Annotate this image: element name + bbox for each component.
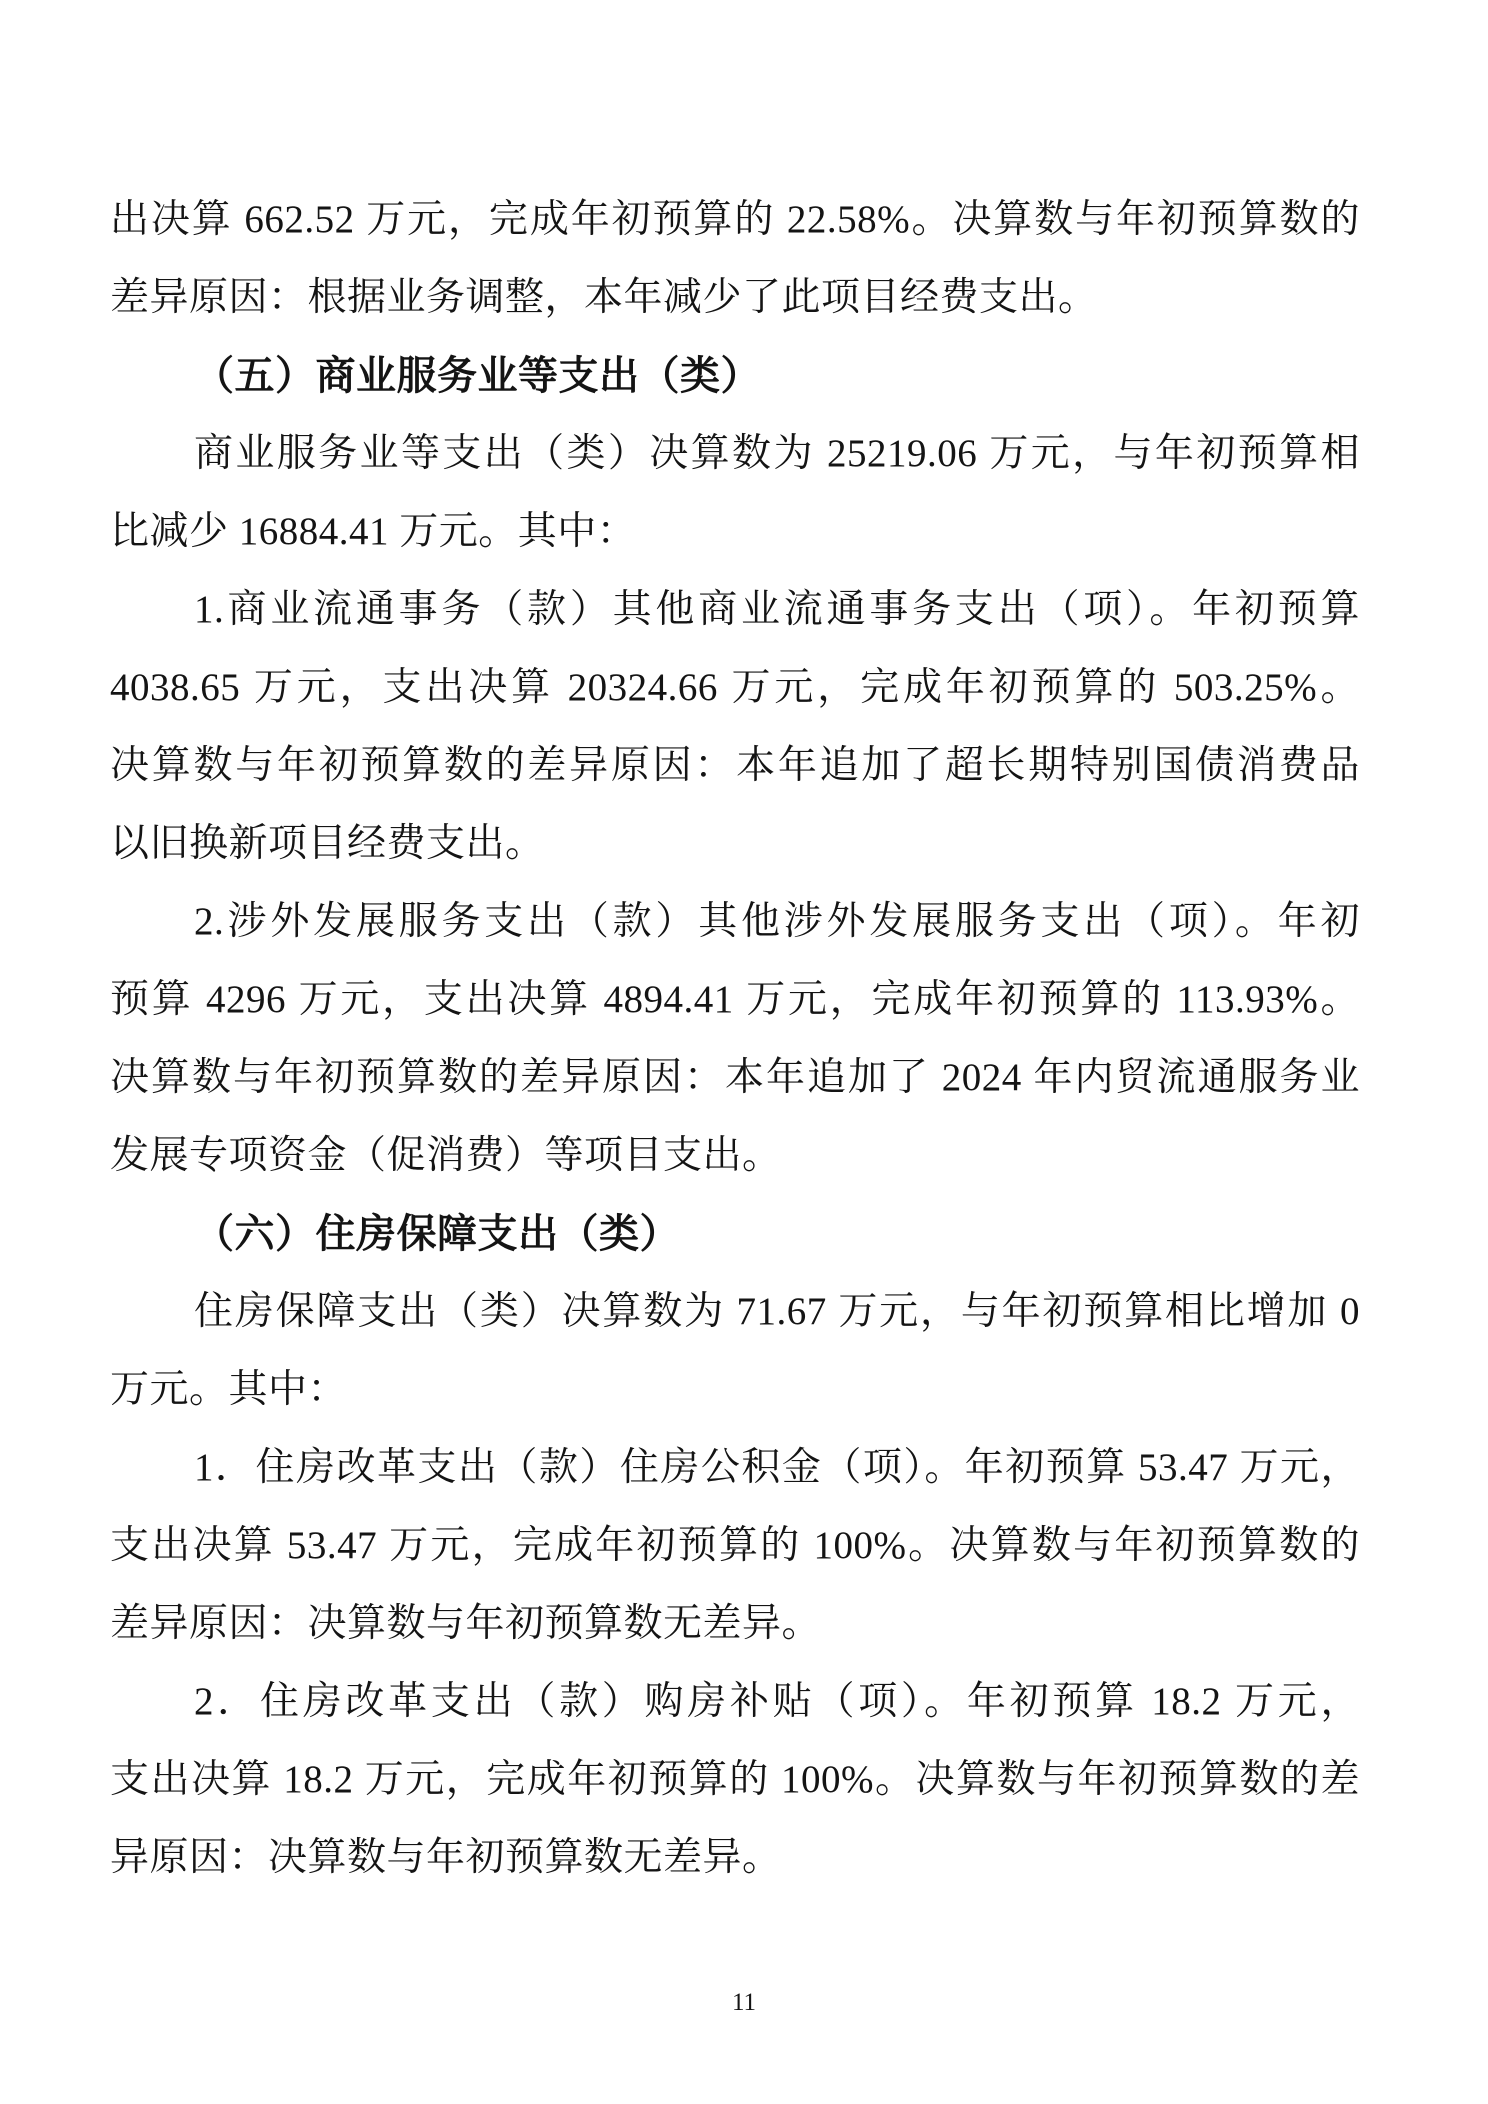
doc-line: 商业服务业等支出（类）决算数为 25219.06 万元，与年初预算相 <box>110 415 1360 493</box>
doc-line: 异原因：决算数与年初预算数无差异。 <box>110 1819 1360 1897</box>
doc-line: 住房保障支出（类）决算数为 71.67 万元，与年初预算相比增加 0 <box>110 1273 1360 1351</box>
doc-line: 决算数与年初预算数的差异原因：本年追加了超长期特别国债消费品 <box>110 727 1360 805</box>
doc-line: 以旧换新项目经费支出。 <box>110 805 1360 883</box>
doc-line: 2.涉外发展服务支出（款）其他涉外发展服务支出（项）。年初 <box>110 883 1360 961</box>
doc-line: 2．住房改革支出（款）购房补贴（项）。年初预算 18.2 万元， <box>110 1663 1360 1741</box>
doc-line: 发展专项资金（促消费）等项目支出。 <box>110 1117 1360 1195</box>
document-page: 出决算 662.52 万元，完成年初预算的 22.58%。决算数与年初预算数的 … <box>0 0 1488 2104</box>
section-heading: （六）住房保障支出（类） <box>110 1195 1360 1273</box>
doc-line: 出决算 662.52 万元，完成年初预算的 22.58%。决算数与年初预算数的 <box>110 181 1360 259</box>
doc-line: 1．住房改革支出（款）住房公积金（项）。年初预算 53.47 万元， <box>110 1429 1360 1507</box>
doc-line: 1.商业流通事务（款）其他商业流通事务支出（项）。年初预算 <box>110 571 1360 649</box>
doc-line: 预算 4296 万元，支出决算 4894.41 万元，完成年初预算的 113.9… <box>110 961 1360 1039</box>
doc-line: 差异原因：决算数与年初预算数无差异。 <box>110 1585 1360 1663</box>
doc-line: 比减少 16884.41 万元。其中： <box>110 493 1360 571</box>
doc-line: 4038.65 万元，支出决算 20324.66 万元，完成年初预算的 503.… <box>110 649 1360 727</box>
document-body: 出决算 662.52 万元，完成年初预算的 22.58%。决算数与年初预算数的 … <box>110 181 1360 1897</box>
doc-line: 决算数与年初预算数的差异原因：本年追加了 2024 年内贸流通服务业 <box>110 1039 1360 1117</box>
page-number: 11 <box>0 1984 1488 2022</box>
section-heading: （五）商业服务业等支出（类） <box>110 337 1360 415</box>
doc-line: 万元。其中： <box>110 1351 1360 1429</box>
doc-line: 支出决算 18.2 万元，完成年初预算的 100%。决算数与年初预算数的差 <box>110 1741 1360 1819</box>
doc-line: 差异原因：根据业务调整，本年减少了此项目经费支出。 <box>110 259 1360 337</box>
doc-line: 支出决算 53.47 万元，完成年初预算的 100%。决算数与年初预算数的 <box>110 1507 1360 1585</box>
